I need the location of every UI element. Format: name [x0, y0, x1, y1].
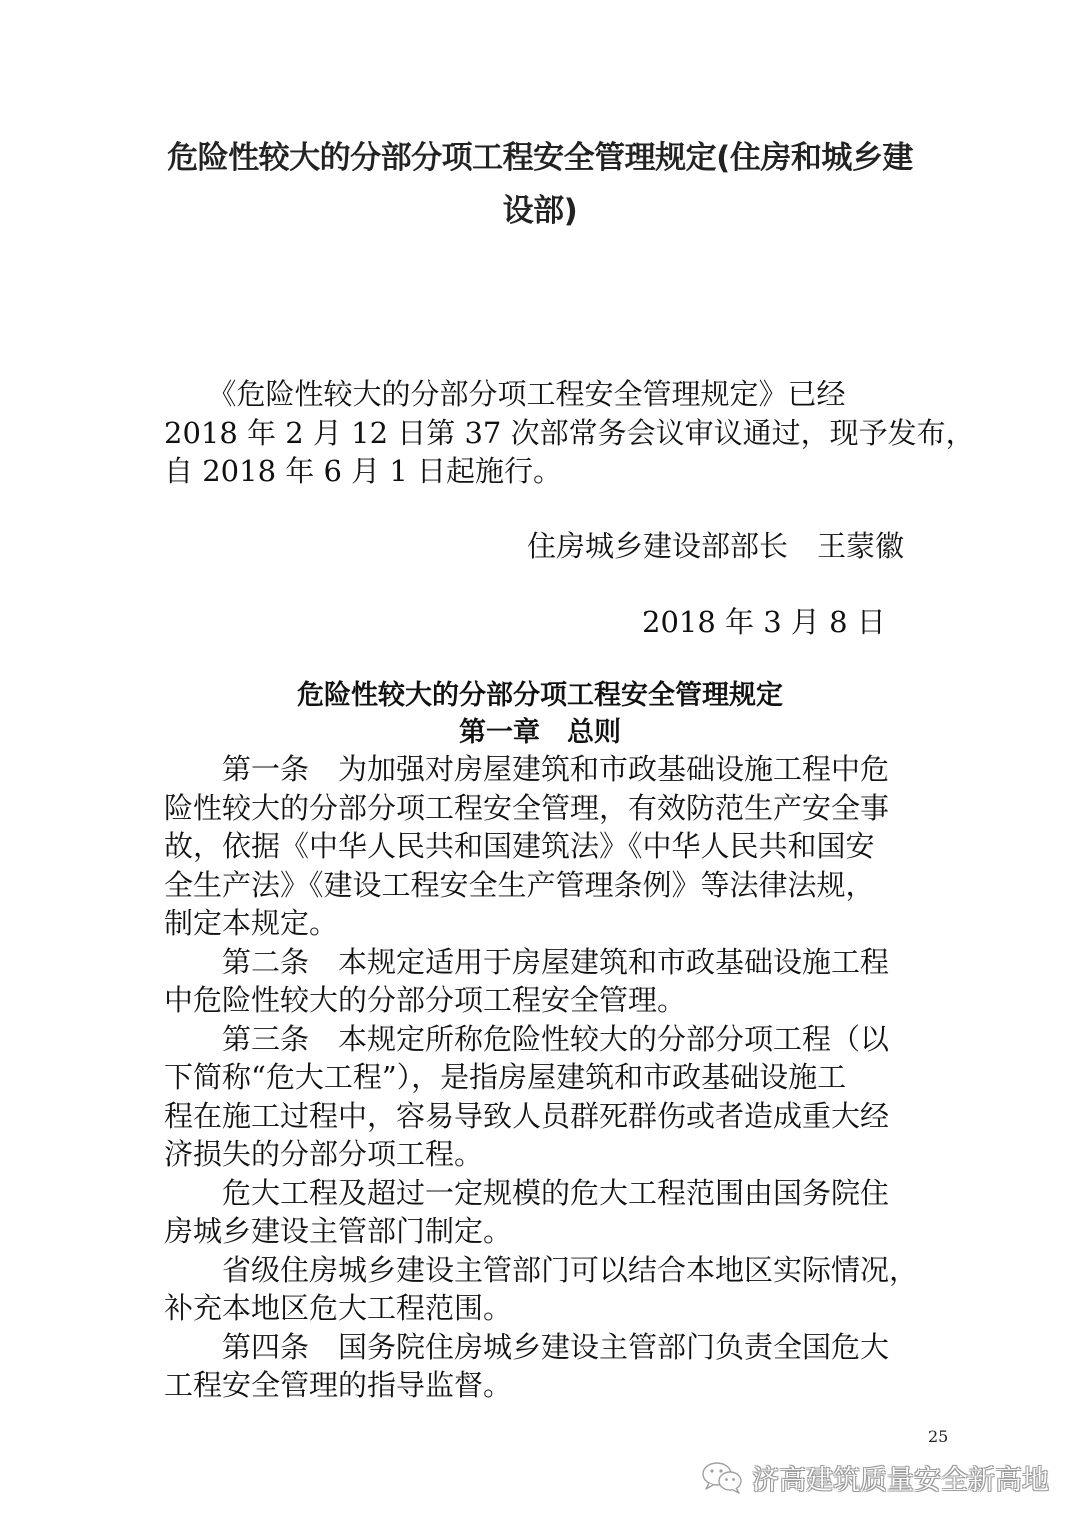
regulation-body: 第一条 为加强对房屋建筑和市政基础设施工程中危 险性较大的分部分项工程安全管理，… [164, 750, 918, 1405]
watermark-text: 济高建筑质量安全新高地 [752, 1458, 1049, 1497]
signing-date: 2018 年 3 月 8 日 [642, 600, 886, 641]
body-line: 制定本规定。 [164, 904, 918, 943]
document-page: 危险性较大的分部分项工程安全管理规定(住房和城乡建 设部) 《危险性较大的分部分… [0, 0, 1080, 1527]
document-title-line-1: 危险性较大的分部分项工程安全管理规定(住房和城乡建 [160, 132, 920, 185]
body-line: 程在施工过程中，容易导致人员群死群伤或者造成重大经 [164, 1097, 918, 1136]
body-line: 省级住房城乡建设主管部门可以结合本地区实际情况， [164, 1251, 918, 1290]
page-number: 25 [928, 1427, 948, 1446]
body-line: 第一条 为加强对房屋建筑和市政基础设施工程中危 [164, 750, 918, 789]
body-line: 全生产法》《建设工程安全生产管理条例》等法律法规， [164, 866, 918, 905]
document-title-line-2: 设部) [160, 185, 920, 238]
body-line: 下简称“危大工程”），是指房屋建筑和市政基础设施工 [164, 1058, 918, 1097]
preamble-line: 2018 年 2 月 12 日第 37 次部常务会议审议通过，现予发布， [164, 414, 975, 453]
document-title: 危险性较大的分部分项工程安全管理规定(住房和城乡建 设部) [160, 132, 920, 238]
preamble: 《危险性较大的分部分项工程安全管理规定》已经 2018 年 2 月 12 日第 … [164, 375, 975, 491]
body-line: 第四条 国务院住房城乡建设主管部门负责全国危大 [164, 1328, 918, 1367]
signature: 住房城乡建设部部长 王蒙徽 [527, 524, 904, 565]
regulation-title: 危险性较大的分部分项工程安全管理规定 [160, 676, 920, 716]
body-line: 工程安全管理的指导监督。 [164, 1366, 918, 1405]
preamble-line: 自 2018 年 6 月 1 日起施行。 [164, 452, 975, 491]
watermark: 济高建筑质量安全新高地 [700, 1458, 1049, 1497]
body-line: 房城乡建设主管部门制定。 [164, 1212, 918, 1251]
preamble-line: 《危险性较大的分部分项工程安全管理规定》已经 [164, 375, 975, 414]
body-line: 第二条 本规定适用于房屋建筑和市政基础设施工程 [164, 943, 918, 982]
body-line: 险性较大的分部分项工程安全管理，有效防范生产安全事 [164, 789, 918, 828]
chapter-title: 第一章 总则 [160, 713, 920, 753]
body-line: 故，依据《中华人民共和国建筑法》《中华人民共和国安 [164, 827, 918, 866]
body-line: 危大工程及超过一定规模的危大工程范围由国务院住 [164, 1174, 918, 1213]
body-line: 中危险性较大的分部分项工程安全管理。 [164, 981, 918, 1020]
body-line: 第三条 本规定所称危险性较大的分部分项工程（以 [164, 1020, 918, 1059]
body-line: 济损失的分部分项工程。 [164, 1135, 918, 1174]
body-line: 补充本地区危大工程范围。 [164, 1289, 918, 1328]
wechat-icon [700, 1460, 746, 1496]
